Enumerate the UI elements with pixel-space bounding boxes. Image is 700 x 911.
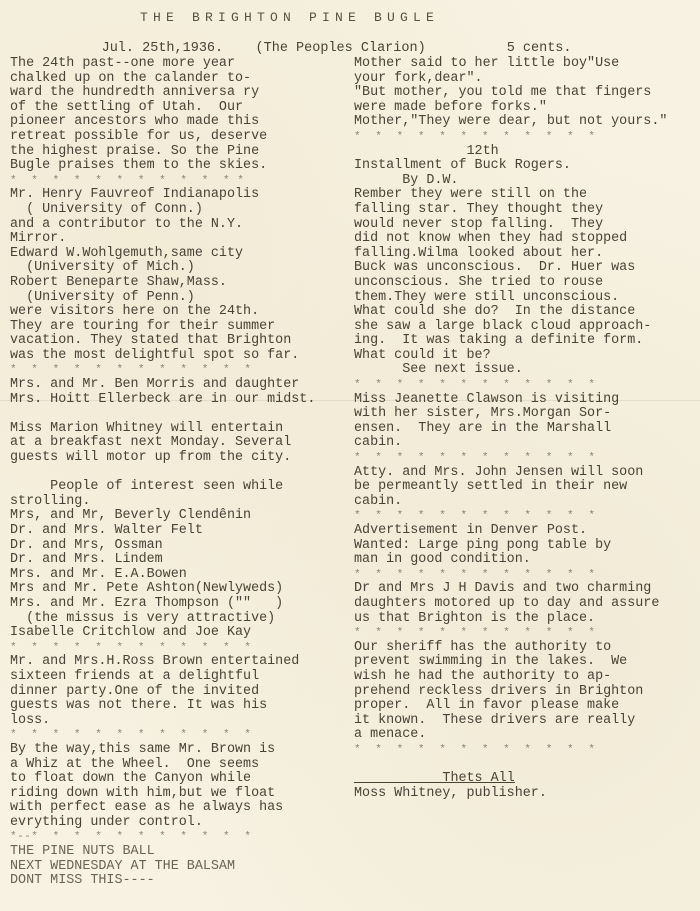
text-line: with perfect ease as he always has <box>10 801 350 816</box>
text-line: pioneer ancestors who made this <box>10 115 350 130</box>
text-line: did not know when they had stopped <box>354 232 699 247</box>
text-line: them.They were still unconscious. <box>354 291 699 306</box>
text-line: were visitors here on the 24th. <box>10 305 350 320</box>
text-line: Mr. Henry Fauvreof Indianapolis <box>10 188 350 203</box>
section-divider: *--* * * * * * * * * * * <box>10 830 350 845</box>
text-line: Our sheriff has the authority to <box>354 641 699 656</box>
text-line: Robert Beneparte Shaw,Mass. <box>10 276 350 291</box>
text-line: People of interest seen while <box>10 480 350 495</box>
text-line: falling.Wilma looked about her. <box>354 247 699 262</box>
text-line: Mrs and Mr. Pete Ashton(Newlyweds) <box>10 582 350 597</box>
text-line: The 24th past--one more year <box>10 57 350 72</box>
text-line: prehend reckless drivers in Brighton <box>354 685 699 700</box>
blank-line <box>354 758 699 773</box>
text-line: us that Brighton is the place. <box>354 612 699 627</box>
section-divider: * * * * * * * * * * * * <box>354 451 699 466</box>
text-line: vacation. They stated that Brighton <box>10 334 350 349</box>
text-line: ( University of Conn.) <box>10 203 350 218</box>
text-line: (University of Penn.) <box>10 291 350 306</box>
text-line: DONT MISS THIS---- <box>10 874 350 889</box>
text-line: wish he had the authority to ap- <box>354 670 699 685</box>
price: 5 cents. <box>507 41 572 56</box>
text-line: What could it be? <box>354 349 699 364</box>
text-line: proper. All in favor please make <box>354 699 699 714</box>
text-line: Miss Jeanette Clawson is visiting <box>354 393 699 408</box>
text-line: Mother said to her little boy"Use <box>354 57 699 72</box>
text-line: the highest praise. So the Pine <box>10 145 350 160</box>
text-line: (University of Mich.) <box>10 261 350 276</box>
text-line: Bugle praises them to the skies. <box>10 159 350 174</box>
text-line: at a breakfast next Monday. Several <box>10 436 350 451</box>
blank-line <box>10 407 350 422</box>
section-divider: * * * * * * * * * * * * <box>10 641 350 656</box>
text-line: (the missus is very attractive) <box>10 612 350 627</box>
text-line: Advertisement in Denver Post. <box>354 524 699 539</box>
text-line: ward the hundredth anniversa ry <box>10 86 350 101</box>
section-divider: * * * * * * * * * * * * <box>10 174 350 189</box>
text-line: Mother,"They were dear, but not yours." <box>354 115 699 130</box>
section-divider: * * * * * * * * * * * * <box>354 130 699 145</box>
text-line: prevent swimming in the lakes. We <box>354 655 699 670</box>
text-line: By D.W. <box>354 174 699 189</box>
section-divider: * * * * * * * * * * * * <box>354 626 699 641</box>
text-line: cabin. <box>354 436 699 451</box>
closing-heading: Thets All <box>442 771 514 786</box>
text-line: guests will motor up from the city. <box>10 451 350 466</box>
text-line: NEXT WEDNESDAY AT THE BALSAM <box>10 860 350 875</box>
text-line: ensen. They are in the Marshall <box>354 422 699 437</box>
text-line: of the settling of Utah. Our <box>10 101 350 116</box>
tagline: (The Peoples Clarion) <box>256 41 426 56</box>
text-line: man in good condition. <box>354 553 699 568</box>
section-divider: * * * * * * * * * * * * <box>10 363 350 378</box>
text-line: Dr. and Mrs. Lindem <box>10 553 350 568</box>
text-line: Mrs. and Mr. Ben Morris and daughter <box>10 378 350 393</box>
text-line: "But mother, you told me that fingers <box>354 86 699 101</box>
newspaper-title: THE BRIGHTON PINE BUGLE <box>140 10 439 25</box>
text-line: Rember they were still on the <box>354 188 699 203</box>
text-line: would never stop falling. They <box>354 218 699 233</box>
text-line: a Whiz at the Wheel. One seems <box>10 758 350 773</box>
text-line: with her sister, Mrs.Morgan Sor- <box>354 407 699 422</box>
text-line: Dr and Mrs J H Davis and two charming <box>354 582 699 597</box>
text-line: See next issue. <box>354 363 699 378</box>
text-line: it known. These drivers are really <box>354 714 699 729</box>
text-line: By the way,this same Mr. Brown is <box>10 743 350 758</box>
text-line: Atty. and Mrs. John Jensen will soon <box>354 466 699 481</box>
section-divider: * * * * * * * * * * * * <box>354 568 699 583</box>
text-line: dinner party.One of the invited <box>10 685 350 700</box>
text-line: be permeantly settled in their new <box>354 480 699 495</box>
text-line: loss. <box>10 714 350 729</box>
section-divider: * * * * * * * * * * * * <box>354 743 699 758</box>
blank-line <box>10 466 350 481</box>
left-column: The 24th past--one more yearchalked up o… <box>10 57 350 889</box>
text-line: your fork,dear". <box>354 72 699 87</box>
newspaper-page: THE BRIGHTON PINE BUGLE Jul. 25th,1936. … <box>0 0 700 911</box>
right-column: Mother said to her little boy"Useyour fo… <box>354 57 699 801</box>
text-line: Thets All <box>354 772 699 787</box>
text-line: cabin. <box>354 495 699 510</box>
text-line: was the most delightful spot so far. <box>10 349 350 364</box>
text-line: They are touring for their summer <box>10 320 350 335</box>
text-line: falling star. They thought they <box>354 203 699 218</box>
text-line: Mirror. <box>10 232 350 247</box>
text-line: sixteen friends at a delightful <box>10 670 350 685</box>
text-line: Buck was unconscious. Dr. Huer was <box>354 261 699 276</box>
text-line: Mrs. and Mr. E.A.Bowen <box>10 568 350 583</box>
text-line: Wanted: Large ping pong table by <box>354 539 699 554</box>
text-line: Installment of Buck Rogers. <box>354 159 699 174</box>
text-line: retreat possible for us, deserve <box>10 130 350 145</box>
text-line: strolling. <box>10 495 350 510</box>
text-line: 12th <box>354 145 699 160</box>
text-line: Miss Marion Whitney will entertain <box>10 422 350 437</box>
text-line: Mrs. Hoitt Ellerbeck are in our midst. <box>10 393 350 408</box>
section-divider: * * * * * * * * * * * * <box>10 728 350 743</box>
text-line: unconscious. She tried to rouse <box>354 276 699 291</box>
text-line: to float down the Canyon while <box>10 772 350 787</box>
text-line: guests was not there. It was his <box>10 699 350 714</box>
text-line: Isabelle Critchlow and Joe Kay <box>10 626 350 641</box>
text-line: riding down with him,but we float <box>10 787 350 802</box>
text-line: THE PINE NUTS BALL <box>10 845 350 860</box>
text-line: daughters motored up to day and assure <box>354 597 699 612</box>
issue-date: Jul. 25th,1936. <box>102 41 224 56</box>
text-line: Dr. and Mrs, Ossman <box>10 539 350 554</box>
section-divider: * * * * * * * * * * * * <box>354 509 699 524</box>
text-line: Moss Whitney, publisher. <box>354 787 699 802</box>
text-line: Mrs, and Mr, Beverly Clendênin <box>10 509 350 524</box>
text-line: chalked up on the calander to- <box>10 72 350 87</box>
text-line: Dr. and Mrs. Walter Felt <box>10 524 350 539</box>
text-line: Mrs. and Mr. Ezra Thompson ("" ) <box>10 597 350 612</box>
section-divider: * * * * * * * * * * * * <box>354 378 699 393</box>
text-line: ing. It was taking a definite form. <box>354 334 699 349</box>
text-line: What could she do? In the distance <box>354 305 699 320</box>
text-line: she saw a large black cloud approach- <box>354 320 699 335</box>
text-line: Mr. and Mrs.H.Ross Brown entertained <box>10 655 350 670</box>
text-line: evrything under control. <box>10 816 350 831</box>
text-line: were made before forks." <box>354 101 699 116</box>
text-line: Edward W.Wohlgemuth,same city <box>10 247 350 262</box>
text-line: a menace. <box>354 728 699 743</box>
text-line: and a contributor to the N.Y. <box>10 218 350 233</box>
